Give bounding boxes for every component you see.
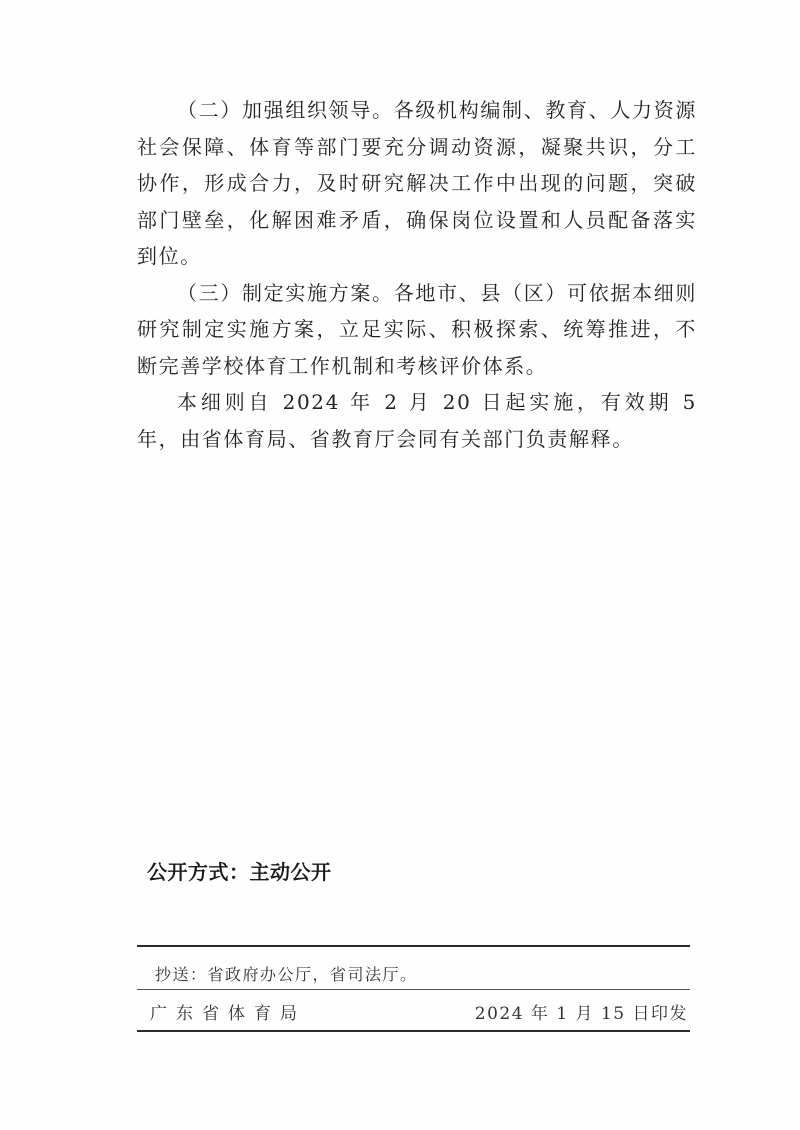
paragraph-effective-date: 本细则自 2024 年 2 月 20 日起实施，有效期 5 年，由省体育局、省教… (137, 384, 697, 457)
issuing-authority: 广东省体育局 (150, 999, 306, 1024)
footer-bottom-rule (137, 1030, 690, 1032)
document-page: （二）加强组织领导。各级机构编制、教育、人力资源社会保障、体育等部门要充分调动资… (0, 0, 800, 1130)
issue-date: 2024 年 1 月 15 日印发 (475, 999, 688, 1024)
paragraph-strengthen-leadership: （二）加强组织领导。各级机构编制、教育、人力资源社会保障、体育等部门要充分调动资… (137, 92, 697, 275)
document-body: （二）加强组织领导。各级机构编制、教育、人力资源社会保障、体育等部门要充分调动资… (137, 92, 697, 457)
footer-middle-rule (137, 989, 690, 990)
footer-top-rule (137, 945, 690, 947)
disclosure-method: 公开方式：主动公开 (147, 856, 332, 885)
paragraph-implementation-plan: （三）制定实施方案。各地市、县（区）可依据本细则研究制定实施方案，立足实际、积极… (137, 275, 697, 385)
cc-recipients: 抄送：省政府办公厅，省司法厅。 (155, 962, 418, 985)
